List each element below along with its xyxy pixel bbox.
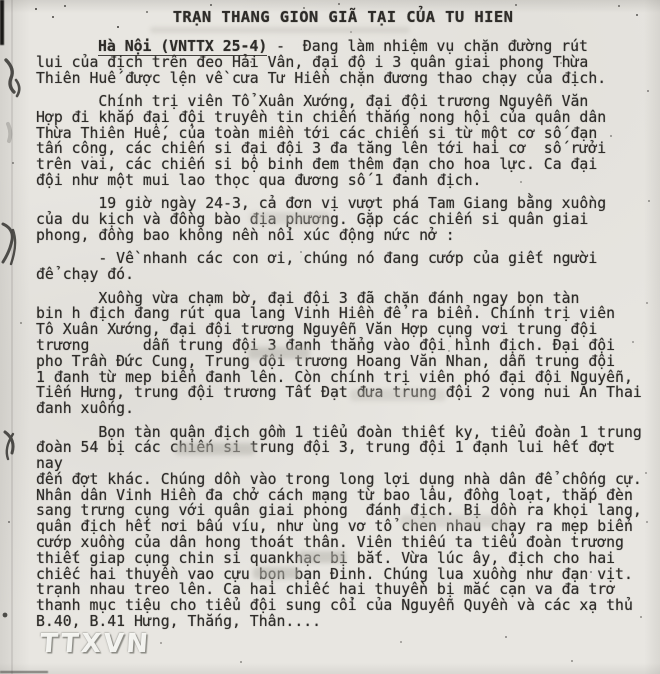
ttxvn-watermark: TTXVN xyxy=(39,629,152,659)
scan-smudge xyxy=(250,212,330,224)
scan-smudge xyxy=(400,515,510,527)
paragraph: Bọn tàn quận địch gồm 1 tiểu đoàn thiết … xyxy=(36,425,650,630)
paragraph: 19 giờ ngày 24-3, cả đơn vị vượt phá Tam… xyxy=(36,196,650,243)
margin-ink-marks xyxy=(0,0,40,674)
scan-smudge xyxy=(175,443,255,455)
scan-smudge xyxy=(150,27,410,33)
typewritten-text-block: TRẠN THANG GION GIÃ TẠI CỦA TU HIEN Hà N… xyxy=(36,9,650,637)
paragraph: - Về nhanh các con ơi, chúng nó đang cướ… xyxy=(36,251,650,283)
scan-smudge xyxy=(350,389,446,401)
scanned-document-page: TRẠN THANG GION GIÃ TẠI CỦA TU HIEN Hà N… xyxy=(0,0,660,674)
scan-smudge xyxy=(298,551,346,563)
scan-smudge xyxy=(248,347,310,359)
article-title: TRẠN THANG GION GIÃ TẠI CỦA TU HIEN xyxy=(36,9,650,26)
scan-smudge xyxy=(253,567,299,579)
scan-edge-artifact xyxy=(0,671,48,673)
paragraph: Xuồng vừa chạm bờ, đại đội 3 đã chặn đán… xyxy=(36,291,650,417)
paragraph: Chính trị viên Tổ Xuân Xướng, đại đội tr… xyxy=(36,94,650,189)
lead-paragraph: Hà Nội (VNTTX 25-4) - Đang làm nhiệm vụ … xyxy=(36,39,650,86)
